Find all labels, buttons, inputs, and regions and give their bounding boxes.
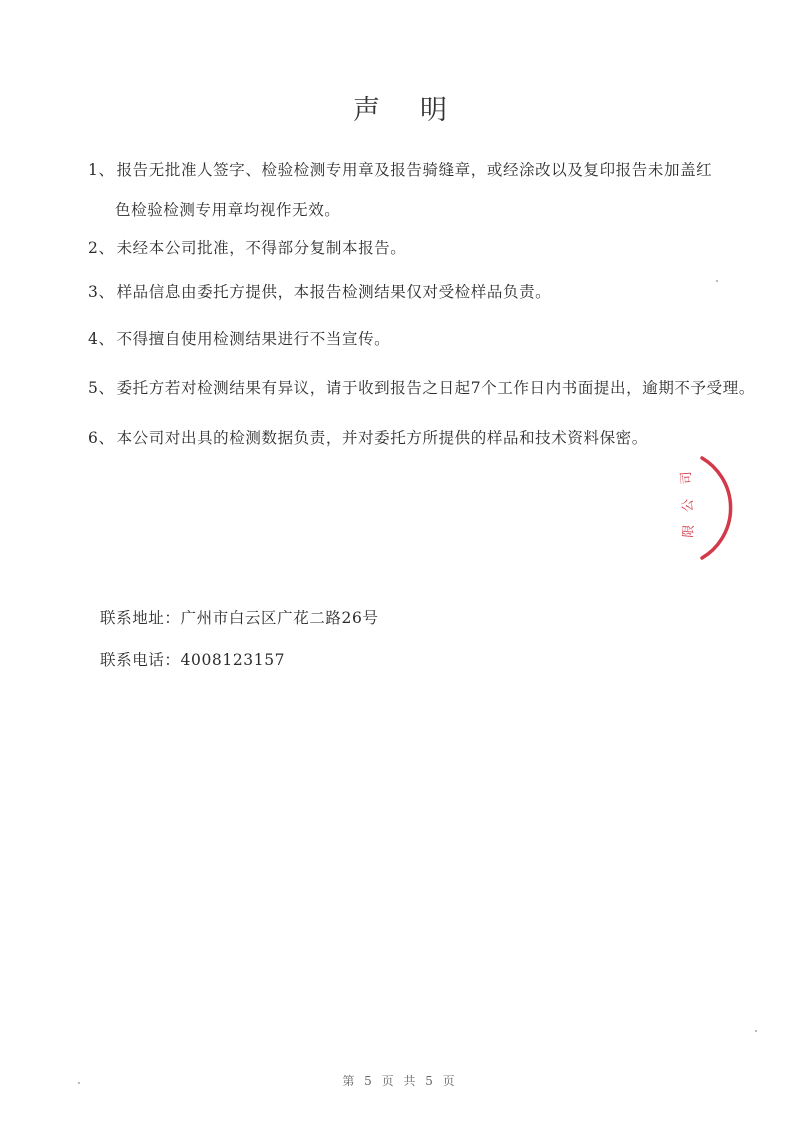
item-text: 样品信息由委托方提供，本报告检测结果仅对受检样品负责。	[117, 283, 552, 301]
statement-item-5: 5、委托方若对检测结果有异议，请于收到报告之日起7个工作日内书面提出，逾期不予受…	[88, 378, 755, 398]
item-text: 报告无批准人签字、检验检测专用章及报告骑缝章，或经涂改以及复印报告未加盖红	[117, 161, 713, 179]
phone-value: 4008123157	[181, 651, 286, 669]
item-text: 不得擅自使用检测结果进行不当宣传。	[117, 330, 391, 348]
svg-text:公: 公	[681, 499, 696, 512]
statement-item-1-continuation: 色检验检测专用章均视作无效。	[115, 198, 340, 220]
item-number: 6、	[88, 429, 115, 447]
seal-icon: 司 公 限	[620, 440, 770, 590]
phone-label: 联系电话：	[100, 651, 181, 669]
scan-speck	[78, 1082, 80, 1084]
statement-item-4: 4、不得擅自使用检测结果进行不当宣传。	[88, 329, 390, 349]
statement-item-6: 6、本公司对出具的检测数据负责，并对委托方所提供的样品和技术资料保密。	[88, 428, 648, 448]
contact-address: 联系地址：广州市白云区广花二路26号	[100, 606, 379, 628]
address-value: 广州市白云区广花二路26号	[181, 609, 379, 627]
item-text: 未经本公司批准，不得部分复制本报告。	[117, 239, 407, 257]
item-number: 5、	[88, 379, 115, 397]
company-seal: 司 公 限	[620, 440, 770, 590]
page-title: 声明	[0, 88, 800, 127]
item-number: 2、	[88, 239, 115, 257]
page-footer: 第 5 页 共 5 页	[0, 1072, 800, 1089]
svg-text:限: 限	[681, 524, 697, 538]
svg-text:司: 司	[679, 471, 695, 485]
item-number: 4、	[88, 330, 115, 348]
item-text: 本公司对出具的检测数据负责，并对委托方所提供的样品和技术资料保密。	[117, 429, 648, 447]
statement-item-1: 1、报告无批准人签字、检验检测专用章及报告骑缝章，或经涂改以及复印报告未加盖红	[88, 160, 712, 180]
scan-speck	[755, 1030, 757, 1032]
address-label: 联系地址：	[100, 609, 181, 627]
item-number: 1、	[88, 161, 115, 179]
item-text: 委托方若对检测结果有异议，请于收到报告之日起7个工作日内书面提出，逾期不予受理。	[117, 379, 755, 397]
item-number: 3、	[88, 283, 115, 301]
contact-phone: 联系电话：4008123157	[100, 648, 285, 670]
scan-speck	[716, 280, 718, 282]
statement-item-3: 3、样品信息由委托方提供，本报告检测结果仅对受检样品负责。	[88, 282, 551, 302]
statement-item-2: 2、未经本公司批准，不得部分复制本报告。	[88, 238, 406, 258]
